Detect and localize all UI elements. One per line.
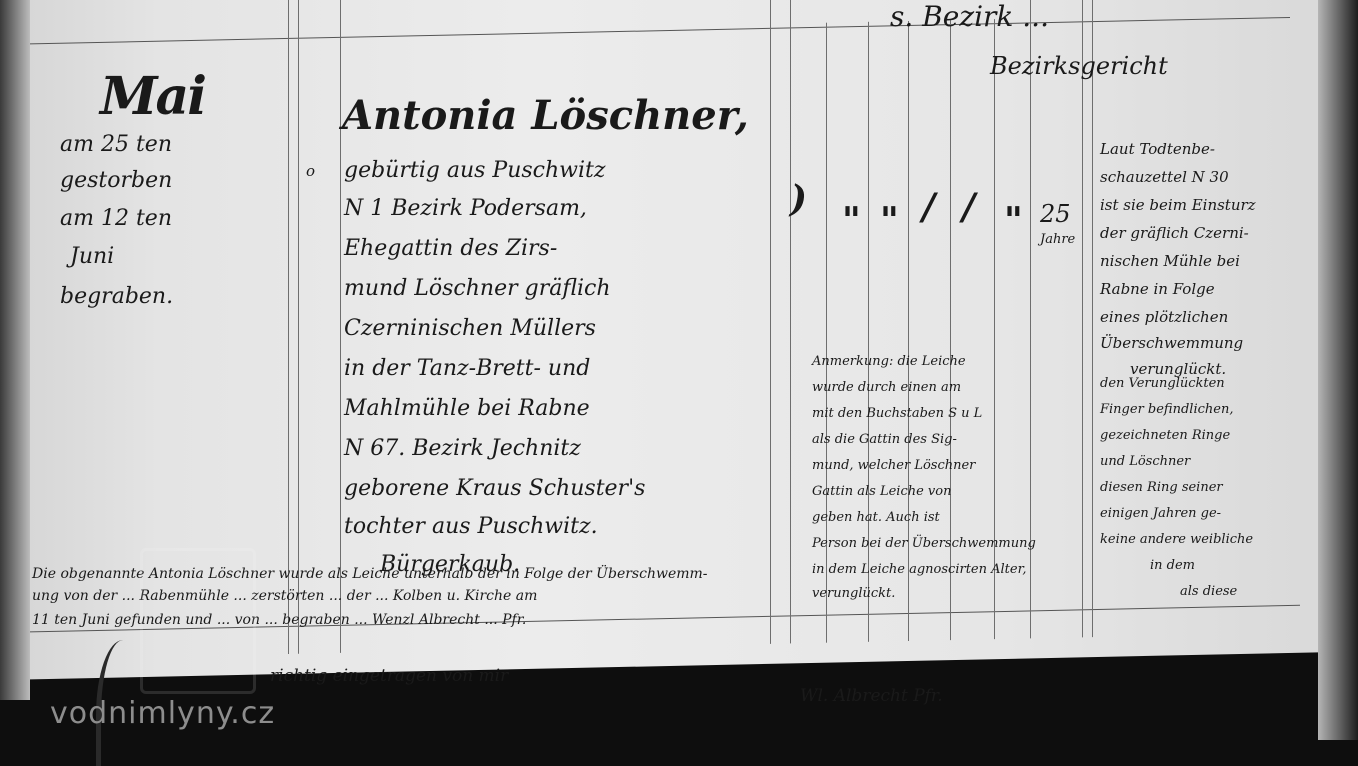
deceased-name: Antonia Löschner,	[342, 92, 749, 139]
tally-mark: /	[922, 186, 935, 228]
header-rule	[30, 17, 1290, 44]
signature-line: richtig eingetragen von mir	[270, 666, 508, 686]
remark-continued: den Verunglückten	[1100, 376, 1225, 391]
footer-note-line: 11 ten Juni gefunden und ... von ... beg…	[32, 612, 526, 628]
left-line-4: Juni	[70, 244, 114, 269]
age-label: Jahre	[1040, 232, 1075, 247]
annotation-line: verunglückt.	[812, 586, 895, 601]
month-heading: Mai	[100, 66, 205, 127]
header-text-2: Bezirksgericht	[990, 52, 1168, 80]
annotation-line: Gattin als Leiche von	[812, 484, 951, 499]
remark-continued: Finger befindlichen,	[1100, 402, 1233, 417]
tally-mark: "	[1004, 200, 1023, 242]
annotation-line: als die Gattin des Sig-	[812, 432, 957, 447]
age-value: 25	[1040, 200, 1071, 228]
left-line-3: am 12 ten	[60, 206, 172, 231]
entry-marker: o	[306, 162, 315, 180]
remark-line: eines plötzlichen	[1100, 308, 1228, 326]
left-line-1: am 25 ten	[60, 132, 172, 157]
left-line-2: gestorben	[60, 168, 172, 193]
remark-continued: diesen Ring seiner	[1100, 480, 1223, 495]
column-rule	[1092, 0, 1093, 637]
remark-continued: einigen Jahren ge-	[1100, 506, 1221, 521]
entry-line: gebürtig aus Puschwitz	[344, 158, 605, 183]
watermark-text: vodnimlyny.cz	[50, 696, 275, 731]
header-text-1: s. Bezirk ...	[890, 0, 1049, 33]
entry-line: Mahlmühle bei Rabne	[344, 396, 590, 421]
remark-line: Überschwemmung	[1100, 334, 1243, 352]
entry-line: mund Löschner gräflich	[344, 276, 611, 301]
binding-shadow	[0, 0, 30, 700]
entry-line: Ehegattin des Zirs-	[344, 236, 557, 261]
column-rule	[790, 0, 791, 643]
entry-line: geborene Kraus Schuster's	[344, 476, 645, 501]
annotation-line: geben hat. Auch ist	[812, 510, 940, 525]
page-edge	[1318, 0, 1358, 740]
remark-continued: als diese	[1180, 584, 1237, 599]
annotation-line: wurde durch einen am	[812, 380, 961, 395]
remark-line: der gräflich Czerni-	[1100, 224, 1249, 242]
signature: Wl. Albrecht Pfr.	[800, 686, 943, 706]
annotation-line: Anmerkung: die Leiche	[812, 354, 966, 369]
column-rule	[288, 0, 289, 654]
remark-continued: gezeichneten Ringe	[1100, 428, 1230, 443]
tally-mark: /	[962, 186, 975, 228]
footer-note-line: ung von der ... Rabenmühle ... zerstörte…	[32, 588, 537, 604]
remark-continued: keine andere weibliche	[1100, 532, 1253, 547]
column-rule	[1082, 0, 1083, 637]
column-rule	[770, 0, 771, 644]
remark-continued: in dem	[1150, 558, 1195, 573]
annotation-line: mund, welcher Löschner	[812, 458, 975, 473]
remark-line: Laut Todtenbe-	[1100, 140, 1215, 158]
tally-mark: "	[880, 200, 899, 242]
entry-line: N 67. Bezirk Jechnitz	[344, 436, 581, 461]
entry-line: tochter aus Puschwitz.	[344, 514, 598, 539]
remark-line: schauzettel N 30	[1100, 168, 1229, 186]
column-rule	[340, 0, 341, 653]
annotation-line: mit den Buchstaben S u L	[812, 406, 982, 421]
entry-line: Czerninischen Müllers	[344, 316, 596, 341]
footer-note-line: Die obgenannte Antonia Löschner wurde al…	[32, 566, 708, 582]
remark-line: ist sie beim Einsturz	[1100, 196, 1256, 214]
left-line-5: begraben.	[60, 284, 173, 309]
column-rule	[298, 0, 299, 654]
tally-mark: "	[842, 200, 861, 242]
remark-continued: und Löschner	[1100, 454, 1190, 469]
remark-line: Rabne in Folge	[1100, 280, 1215, 298]
watermark-logo	[140, 548, 256, 694]
remark-line: nischen Mühle bei	[1100, 252, 1240, 270]
entry-line: N 1 Bezirk Podersam,	[344, 196, 587, 221]
annotation-line: in dem Leiche agnoscirten Alter,	[812, 562, 1027, 577]
entry-line: in der Tanz-Brett- und	[344, 356, 590, 381]
tally-mark: )	[790, 178, 807, 220]
annotation-line: Person bei der Überschwemmung	[812, 536, 1036, 551]
